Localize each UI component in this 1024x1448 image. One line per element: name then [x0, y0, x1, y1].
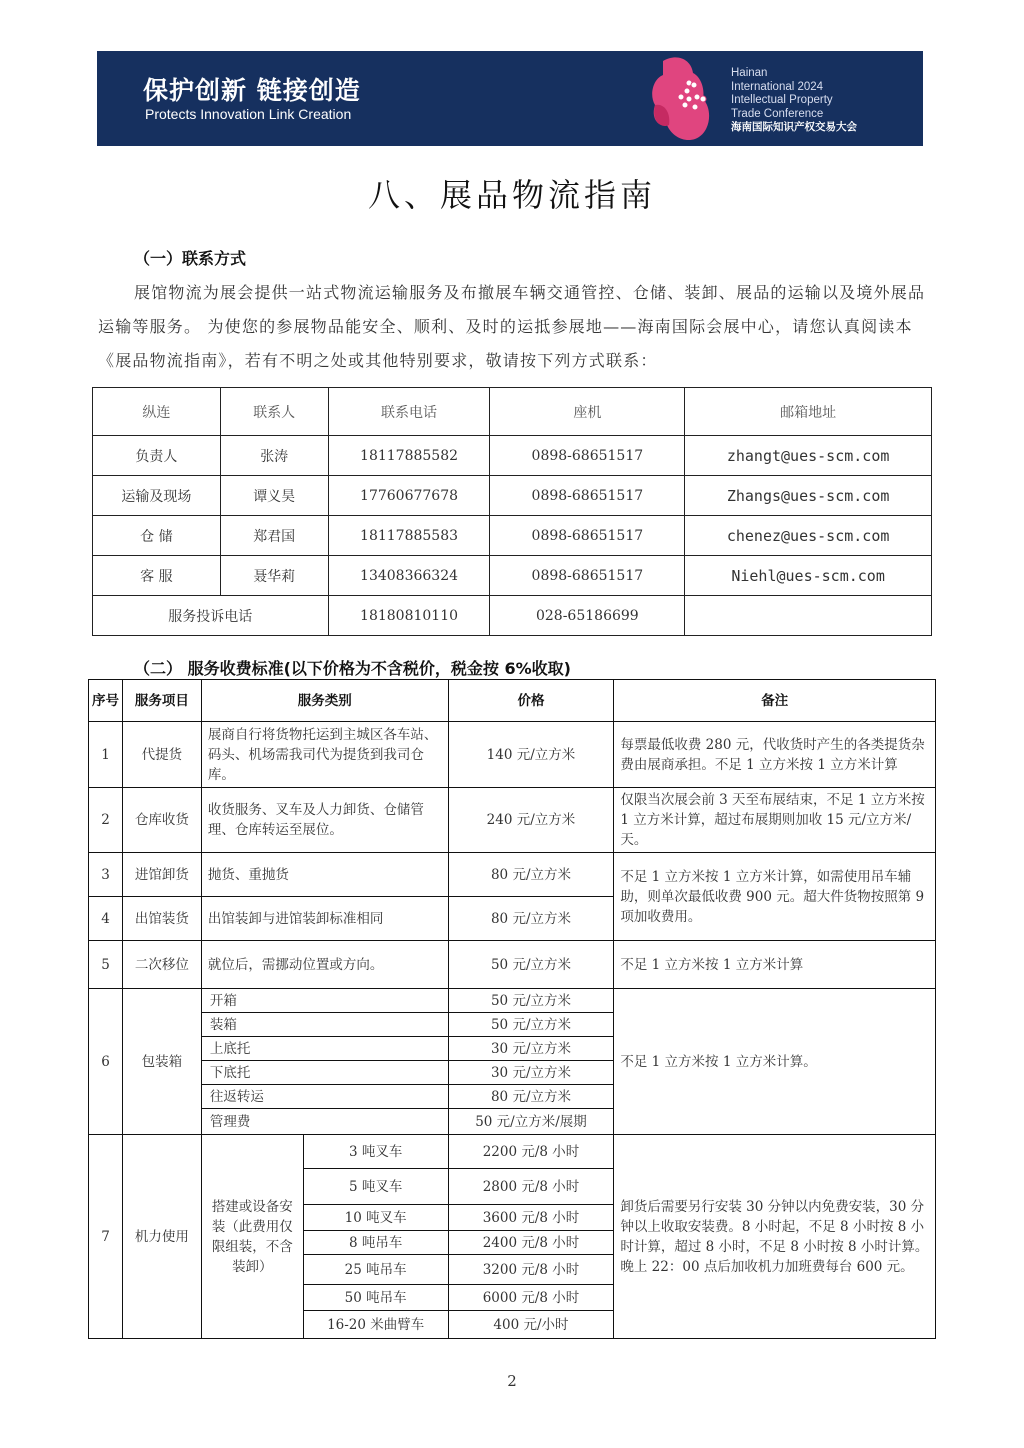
section-heading-contacts: （一）联系方式	[134, 246, 246, 269]
contact-table: 纵连 联系人 联系电话 座机 邮箱地址 负责人 张涛 18117885582 0…	[92, 387, 932, 636]
table-row: 7 机力使用 搭建或设备安装（此费用仅限组装，不含装卸） 3 吨叉车 2200 …	[89, 1135, 936, 1169]
email-link[interactable]: Zhangs@ues-scm.com	[685, 476, 932, 516]
page-title: 八、展品物流指南	[0, 170, 1024, 216]
complaint-row: 服务投诉电话 18180810110 028-65186699	[93, 596, 932, 636]
email-link[interactable]: Niehl@ues-scm.com	[685, 556, 932, 596]
email-link[interactable]: zhangt@ues-scm.com	[685, 436, 932, 476]
section-heading-fees: （二） 服务收费标准(以下价格为不含税价，税金按 6%收取)	[134, 656, 571, 679]
page-number: 2	[0, 1372, 1024, 1390]
table-row: 2 仓库收货 收货服务、叉车及人力卸货、仓储管理、仓库转运至展位。 240 元/…	[89, 788, 936, 853]
table-row: 3 进馆卸货 抛货、重抛货 80 元/立方米 不足 1 立方米按 1 立方米计算…	[89, 853, 936, 897]
table-row: 仓 储 郑君国 18117885583 0898-68651517 chenez…	[93, 516, 932, 556]
fee-table: 序号 服务项目 服务类别 价格 备注 1 代提货 展商自行将货物托运到主城区各车…	[88, 679, 936, 1339]
table-row: 5 二次移位 就位后，需挪动位置或方向。 50 元/立方米 不足 1 立方米按 …	[89, 941, 936, 989]
table-header-row: 纵连 联系人 联系电话 座机 邮箱地址	[93, 388, 932, 436]
table-row: 运输及现场 谭义昊 17760677678 0898-68651517 Zhan…	[93, 476, 932, 516]
slogan-en: Protects Innovation Link Creation	[145, 106, 351, 122]
table-row: 1 代提货 展商自行将货物托运到主城区各车站、码头、机场需我司代为提货到我司仓库…	[89, 722, 936, 788]
table-row: 负责人 张涛 18117885582 0898-68651517 zhangt@…	[93, 436, 932, 476]
email-link[interactable]: chenez@ues-scm.com	[685, 516, 932, 556]
intro-paragraph: 展馆物流为展会提供一站式物流运输服务及布撤展车辆交通管控、仓储、装卸、展品的运输…	[98, 276, 928, 378]
table-row: 客 服 聂华莉 13408366324 0898-68651517 Niehl@…	[93, 556, 932, 596]
header-banner: 保护创新 链接创造 Protects Innovation Link Creat…	[97, 51, 923, 146]
conference-logo-icon	[649, 55, 719, 143]
slogan-cn: 保护创新 链接创造	[143, 71, 361, 107]
table-row: 6 包装箱 开箱 50 元/立方米 不足 1 立方米按 1 立方米计算。	[89, 989, 936, 1013]
table-header-row: 序号 服务项目 服务类别 价格 备注	[89, 680, 936, 722]
logo-text: Hainan International 2024 Intellectual P…	[731, 67, 857, 135]
